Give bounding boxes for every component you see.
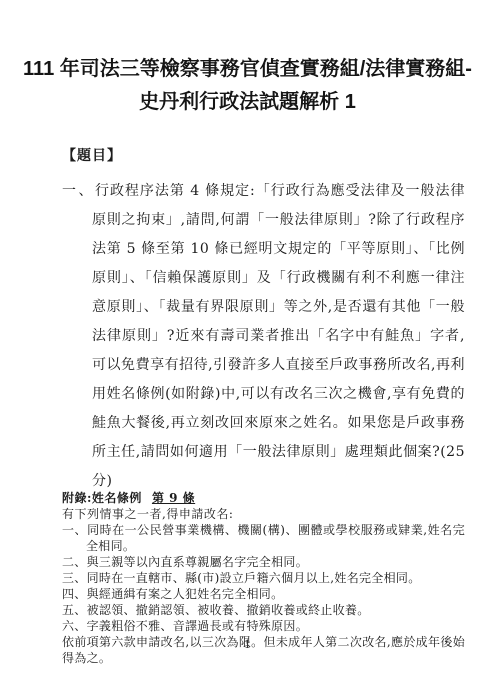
- page-number: 1: [0, 638, 495, 651]
- appendix-heading: 附錄:姓名條例第 9 條: [62, 490, 465, 506]
- appendix-item-text: 同時在一直轄市、縣(市)設立戶籍六個月以上,姓名完全相同。: [87, 571, 421, 585]
- appendix-item-text: 同時在一公民營事業機構、機關(構)、團體或學校服務或肄業,姓名完全相同。: [86, 523, 465, 553]
- appendix-item: 一、同時在一公民營事業機構、機關(構)、團體或學校服務或肄業,姓名完全相同。: [62, 522, 465, 554]
- question-paragraph: 一、行政程序法第 4 條規定:「行政行為應受法律及一般法律原則之拘束」,請問,何…: [62, 177, 465, 496]
- appendix-item-marker: 四、: [62, 587, 87, 601]
- question-item-marker: 一、: [62, 183, 95, 199]
- document-title: 111 年司法三等檢察事務官偵查實務組/法律實務組- 史丹利行政法試題解析 1: [0, 0, 495, 119]
- appendix-item-text: 與三親等以內直系尊親屬名字完全相同。: [87, 555, 308, 569]
- appendix-item-marker: 三、: [62, 571, 87, 585]
- appendix-intro: 有下列情事之一者,得申請改名:: [62, 506, 465, 522]
- appendix-heading-prefix: 附錄:姓名條例: [62, 491, 142, 505]
- appendix-item-marker: 六、: [62, 619, 87, 633]
- title-line-2: 史丹利行政法試題解析 1: [0, 86, 495, 119]
- question-text: 行政程序法第 4 條規定:「行政行為應受法律及一般法律原則之拘束」,請問,何謂「…: [92, 183, 465, 489]
- appendix-item: 六、字義粗俗不雅、音譯過長或有特殊原因。: [62, 618, 465, 634]
- appendix-item-text: 與經通緝有案之人犯姓名完全相同。: [87, 587, 284, 601]
- document-page: 111 年司法三等檢察事務官偵查實務組/法律實務組- 史丹利行政法試題解析 1 …: [0, 0, 495, 700]
- appendix-item-marker: 一、: [62, 523, 87, 537]
- appendix-item: 四、與經通緝有案之人犯姓名完全相同。: [62, 586, 465, 602]
- appendix-item-marker: 五、: [62, 603, 87, 617]
- appendix-item-text: 被認領、撤銷認領、被收養、撤銷收養或終止收養。: [87, 603, 370, 617]
- appendix-item: 三、同時在一直轄市、縣(市)設立戶籍六個月以上,姓名完全相同。: [62, 570, 465, 586]
- appendix-item-text: 字義粗俗不雅、音譯過長或有特殊原因。: [87, 619, 308, 633]
- question-section-heading: 【題目】: [62, 148, 465, 164]
- appendix-item: 二、與三親等以內直系尊親屬名字完全相同。: [62, 554, 465, 570]
- appendix-item: 五、被認領、撤銷認領、被收養、撤銷收養或終止收養。: [62, 602, 465, 618]
- title-line-1: 111 年司法三等檢察事務官偵查實務組/法律實務組-: [0, 53, 495, 86]
- appendix-heading-article: 第 9 條: [152, 491, 195, 505]
- appendix-item-marker: 二、: [62, 555, 87, 569]
